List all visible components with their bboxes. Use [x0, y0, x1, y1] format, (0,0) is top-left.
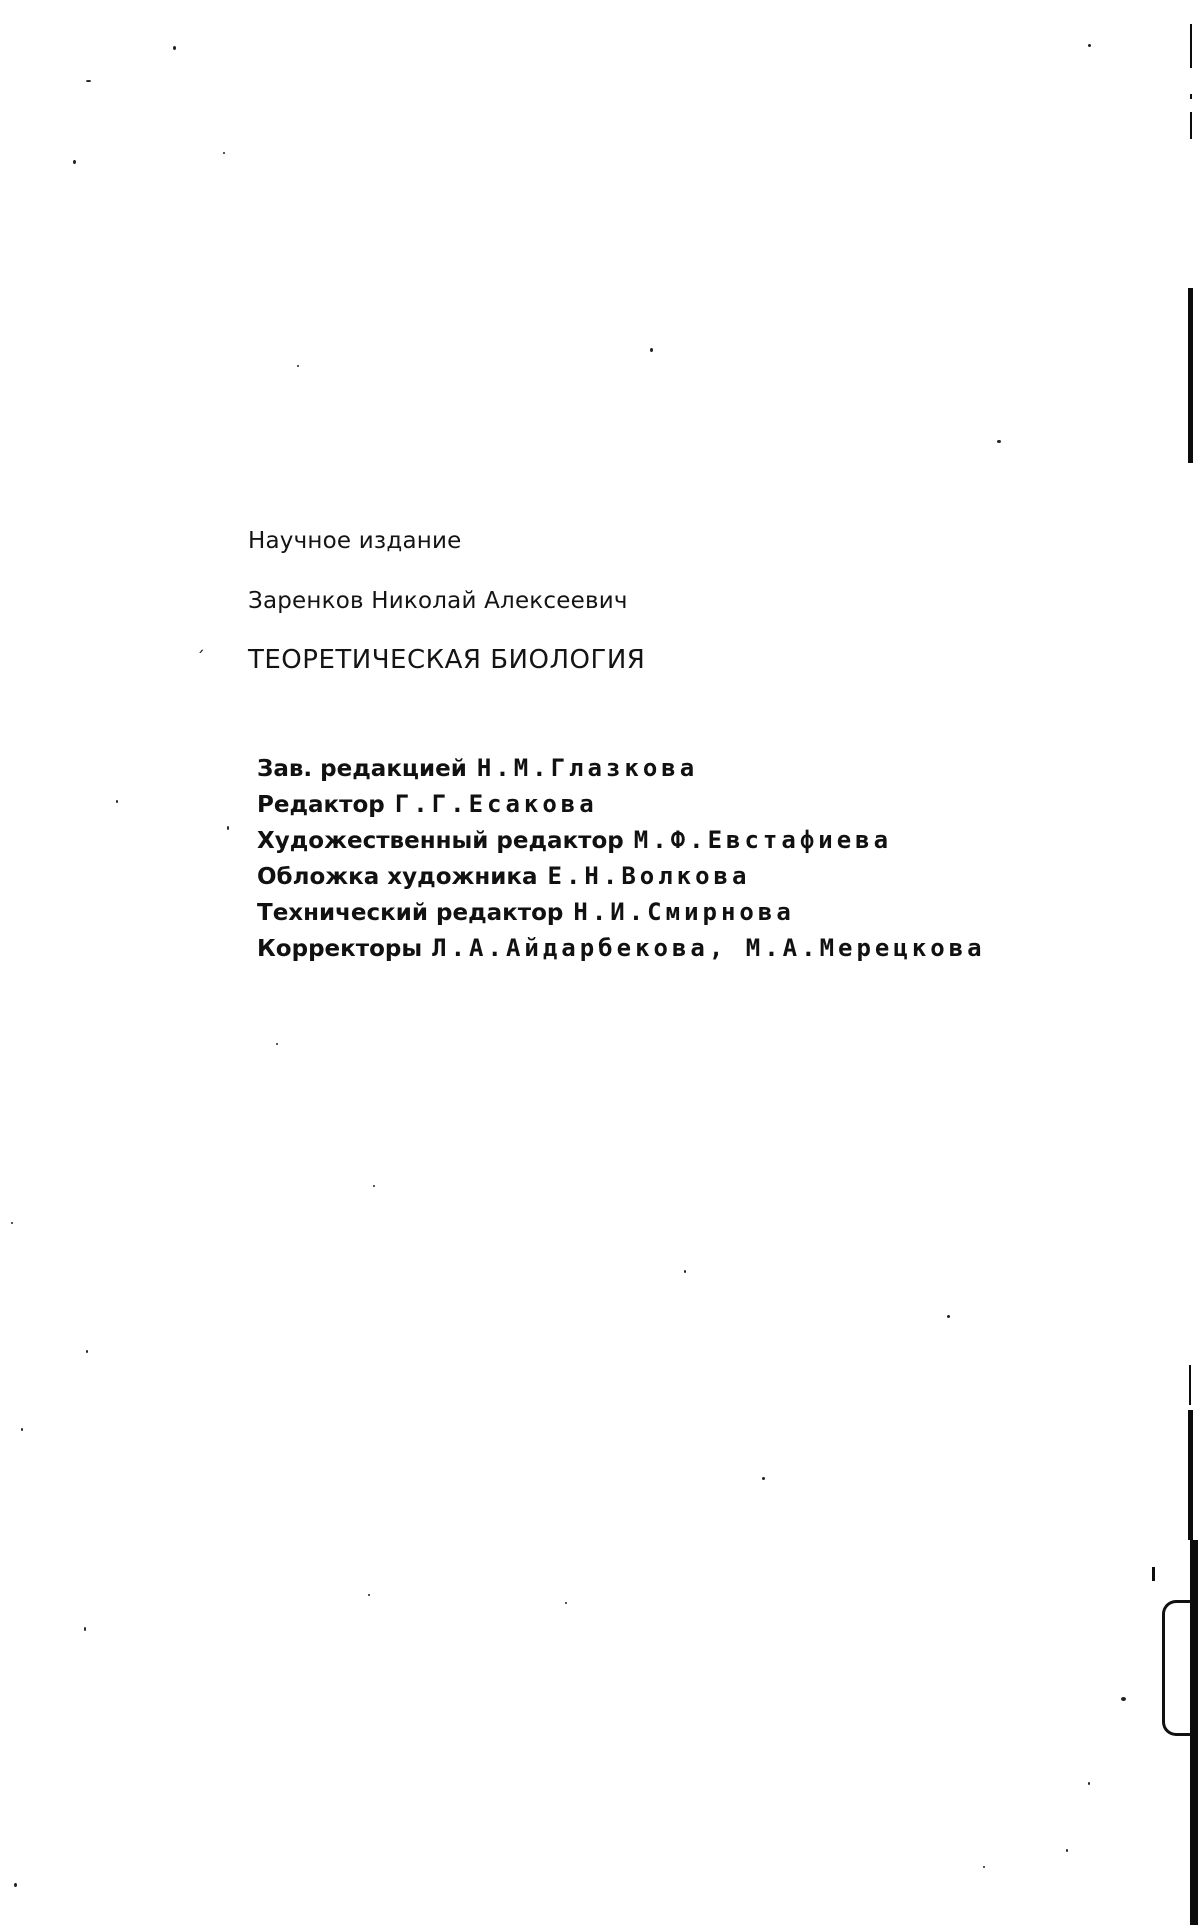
staff-role: Художественный редактор [257, 828, 624, 854]
scan-speck [84, 1627, 86, 1631]
staff-entry: КорректорыЛ.А.Айдарбекова, М.А.Мерецкова [257, 934, 986, 962]
scan-speck [368, 1594, 370, 1596]
scan-speck [373, 1185, 375, 1187]
staff-entry: Технический редакторН.И.Смирнова [257, 898, 795, 926]
staff-role: Корректоры [257, 936, 422, 962]
staff-role: Обложка художника [257, 864, 538, 890]
binding-edge-mark [1190, 94, 1192, 99]
scanned-page: Научное издание Заренков Николай Алексее… [0, 0, 1200, 1925]
scan-speck [227, 826, 229, 830]
staff-entry: Художественный редакторМ.Ф.Евстафиева [257, 826, 892, 854]
scan-speck [1066, 1849, 1068, 1852]
binding-edge-mark [1190, 24, 1192, 68]
scan-speck [762, 1477, 765, 1480]
scan-speck [947, 1315, 950, 1318]
staff-entry: Зав. редакциейН.М.Глазкова [257, 754, 698, 782]
scan-speck [1121, 1697, 1126, 1701]
staff-role: Зав. редакцией [257, 756, 467, 782]
scan-speck [21, 1428, 23, 1431]
binding-edge-mark [1152, 1567, 1155, 1581]
staff-name: Л.А.Айдарбекова, М.А.Мерецкова [432, 934, 985, 962]
scan-speck [997, 440, 1001, 443]
scan-speck [86, 80, 91, 82]
staff-name: Е.Н.Волкова [548, 862, 751, 890]
scan-speck [86, 1350, 88, 1353]
scan-speck [297, 365, 299, 367]
binding-edge-mark [1188, 1410, 1193, 1540]
staff-role: Технический редактор [257, 900, 563, 926]
staff-entry: Обложка художникаЕ.Н.Волкова [257, 862, 750, 890]
binding-edge-mark [1190, 112, 1192, 139]
staff-name: М.Ф.Евстафиева [634, 826, 892, 854]
scan-speck [73, 160, 76, 164]
scan-speck [983, 1866, 985, 1868]
staff-name: Н.И.Смирнова [573, 898, 794, 926]
scan-speck [276, 1043, 278, 1045]
scan-speck [223, 152, 225, 154]
scan-speck [1088, 44, 1091, 47]
scan-speck [14, 1883, 17, 1887]
staff-role: Редактор [257, 792, 385, 818]
scan-speck [1088, 1782, 1090, 1785]
scan-speck [116, 800, 118, 803]
series-label: Научное издание [248, 528, 461, 554]
author-name: Заренков Николай Алексеевич [248, 588, 628, 614]
binding-edge-mark [1162, 1600, 1191, 1736]
staff-entry: РедакторГ.Г.Есакова [257, 790, 598, 818]
margin-mark: ˊ [196, 648, 205, 669]
scan-speck [650, 348, 653, 352]
staff-name: Г.Г.Есакова [395, 790, 598, 818]
scan-speck [684, 1270, 686, 1273]
binding-edge-mark [1190, 1540, 1198, 1925]
binding-edge-mark [1188, 288, 1193, 463]
scan-speck [173, 46, 176, 50]
book-title: ТЕОРЕТИЧЕСКАЯ БИОЛОГИЯ [248, 645, 645, 675]
binding-edge-mark [1189, 1365, 1191, 1405]
scan-speck [11, 1222, 13, 1224]
staff-name: Н.М.Глазкова [477, 754, 698, 782]
scan-speck [565, 1602, 567, 1604]
